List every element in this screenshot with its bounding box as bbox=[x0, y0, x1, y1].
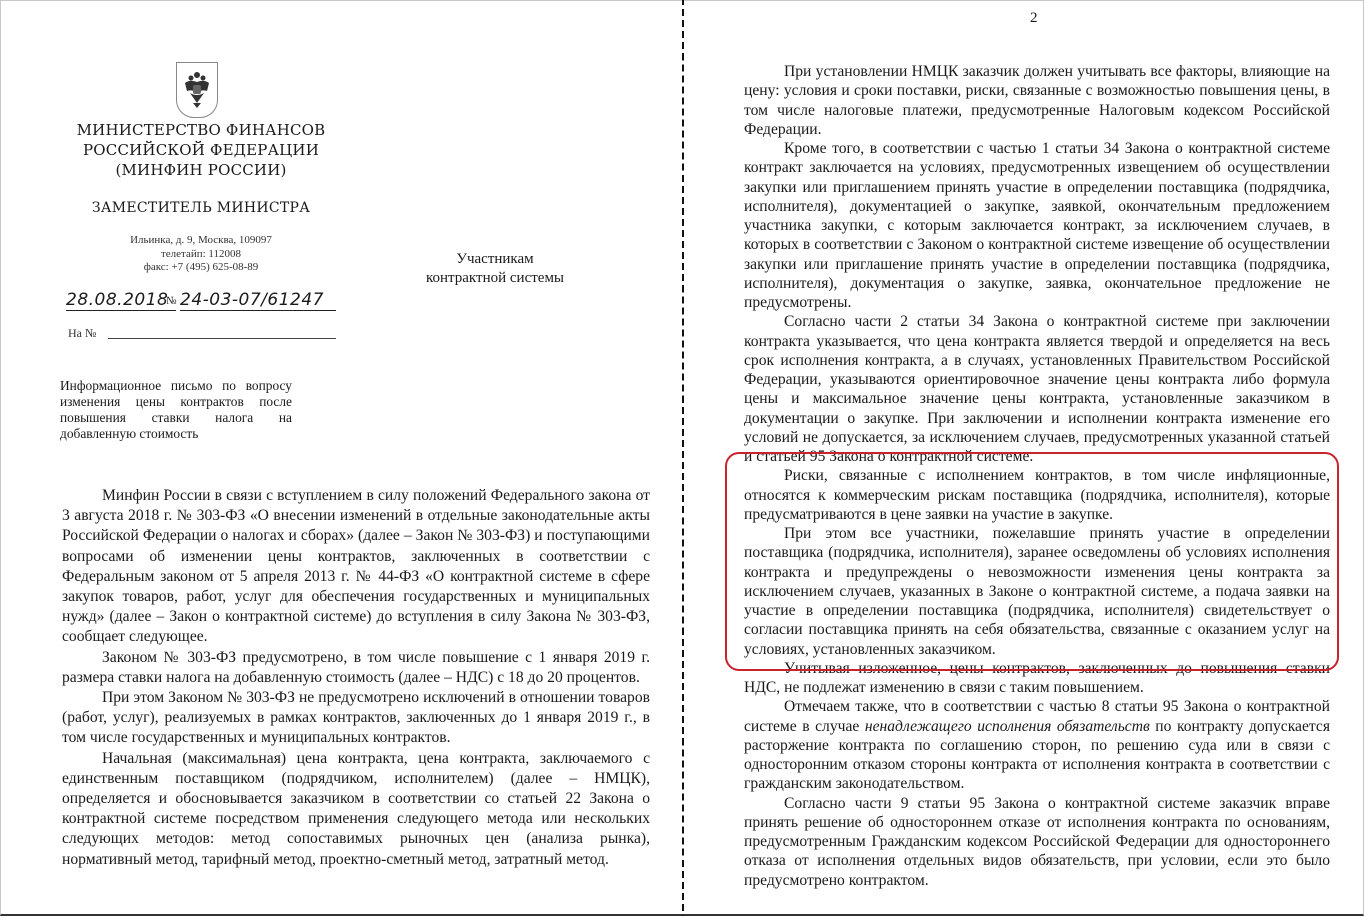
paragraph: При этом Законом № 303-ФЗ не предусмотре… bbox=[62, 688, 650, 749]
reference-line: На № bbox=[68, 326, 336, 341]
reference-blank bbox=[108, 338, 336, 339]
recipient-line-1: Участникам bbox=[400, 250, 590, 269]
ministry-name: МИНИСТЕРСТВО ФИНАНСОВ РОССИЙСКОЙ ФЕДЕРАЦ… bbox=[60, 120, 342, 180]
reference-label: На № bbox=[68, 326, 96, 340]
ministry-line-2: РОССИЙСКОЙ ФЕДЕРАЦИИ bbox=[60, 140, 342, 160]
letter-number: 24-03-07/61247 bbox=[180, 290, 336, 311]
registration-line: 28.08.2018 № 24-03-07/61247 bbox=[66, 290, 336, 314]
address-teletype: телетайп: 112008 bbox=[60, 248, 342, 262]
paragraph: Минфин России в связи с вступлением в си… bbox=[62, 486, 650, 648]
recipient-line-2: контрактной системы bbox=[400, 269, 590, 288]
paragraph: Согласно части 9 статьи 95 Закона о конт… bbox=[744, 794, 1330, 890]
paragraph: Кроме того, в соответствии с частью 1 ст… bbox=[744, 139, 1330, 312]
ministry-line-3: (МИНФИН РОССИИ) bbox=[60, 160, 342, 180]
address-fax: факс: +7 (495) 625-08-89 bbox=[60, 261, 342, 275]
ministry-line-1: МИНИСТЕРСТВО ФИНАНСОВ bbox=[60, 120, 342, 140]
recipient: Участникам контрактной системы bbox=[400, 250, 590, 288]
italic-phrase: ненадлежащего исполнения обязательств bbox=[865, 718, 1150, 735]
paragraph: Начальная (максимальная) цена контракта,… bbox=[62, 749, 650, 870]
address-street: Ильинка, д. 9, Москва, 109097 bbox=[60, 234, 342, 248]
paragraph: При установлении НМЦК заказчик должен уч… bbox=[744, 62, 1330, 139]
letter-date: 28.08.2018 bbox=[66, 290, 176, 311]
page-divider bbox=[682, 0, 684, 916]
deputy-minister-title: ЗАМЕСТИТЕЛЬ МИНИСТРА bbox=[60, 200, 342, 216]
paragraph: Отмечаем также, что в соответствии с час… bbox=[744, 697, 1330, 793]
paragraph: Согласно части 2 статьи 34 Закона о конт… bbox=[744, 312, 1330, 466]
letter-subject: Информационное письмо по вопросу изменен… bbox=[60, 378, 292, 442]
highlight-annotation-box bbox=[725, 452, 1339, 671]
number-label: № bbox=[166, 295, 177, 307]
page-number: 2 bbox=[1030, 10, 1038, 27]
coat-of-arms-icon bbox=[176, 62, 218, 118]
paragraph: Законом № 303-ФЗ предусмотрено, в том чи… bbox=[62, 648, 650, 688]
left-page-body: Минфин России в связи с вступлением в си… bbox=[62, 486, 650, 870]
ministry-address: Ильинка, д. 9, Москва, 109097 телетайп: … bbox=[60, 234, 342, 275]
